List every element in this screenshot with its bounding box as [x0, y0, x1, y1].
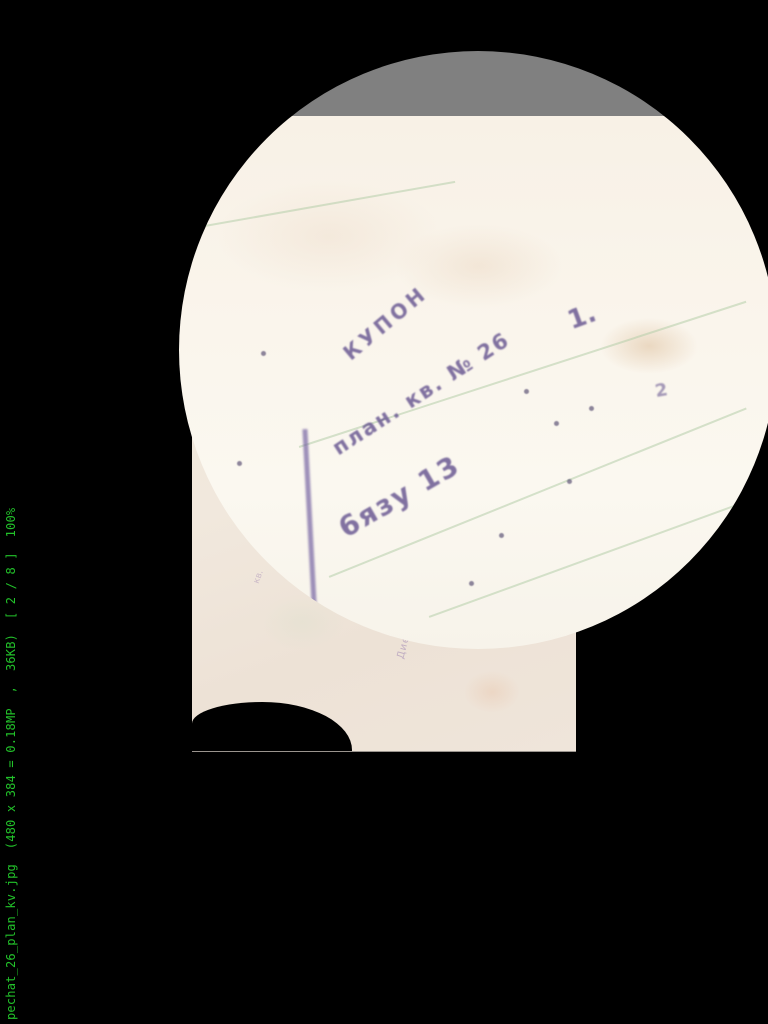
- ink-speck: [567, 479, 572, 484]
- pencil-line: [429, 493, 768, 618]
- viewer-status-bar: pechat_26_plan_kv.jpg (480 x 384 = 0.18M…: [4, 508, 18, 1020]
- torn-edge-shadow: [192, 702, 352, 752]
- ink-speck: [469, 581, 474, 586]
- ink-speck: [554, 421, 559, 426]
- image-bottom-edge: [192, 751, 576, 752]
- ink-speck: [237, 461, 242, 466]
- lens-out-of-bounds-area: [179, 51, 768, 116]
- pencil-line: [199, 181, 455, 228]
- stamp-mark-1: 1.: [564, 298, 601, 336]
- ink-speck: [499, 533, 504, 538]
- magnified-paper: КУПОН план. кв. № 26 6язу 13 1. 2: [179, 116, 768, 649]
- stamp-mark-2: 2: [653, 379, 669, 402]
- ink-speck: [589, 406, 594, 411]
- magnifier-lens[interactable]: КУПОН план. кв. № 26 6язу 13 1. 2: [179, 51, 768, 649]
- ink-speck: [261, 351, 266, 356]
- ink-speck: [524, 389, 529, 394]
- stamp-line-1: КУПОН: [339, 281, 433, 365]
